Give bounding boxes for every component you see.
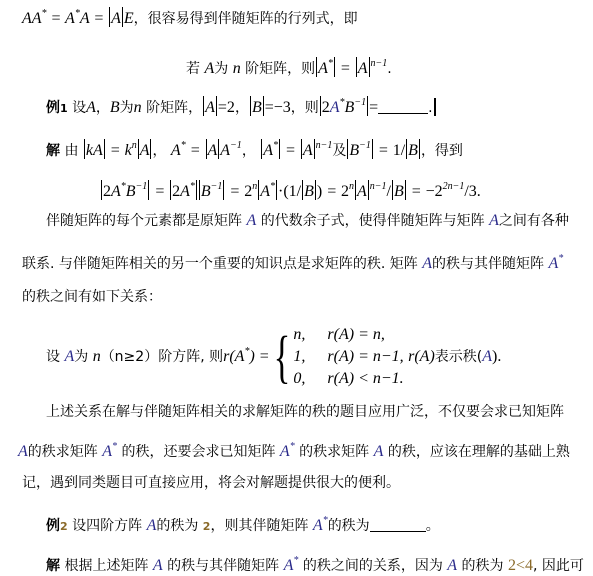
text: ， bbox=[242, 143, 256, 159]
example-number: 2 bbox=[60, 520, 68, 533]
text: 设 bbox=[72, 100, 86, 116]
var-A-star: A* bbox=[102, 443, 117, 460]
text: . bbox=[428, 100, 432, 116]
text: 阶矩阵，则 bbox=[245, 61, 315, 77]
var-n: n bbox=[134, 99, 142, 116]
case-row: 0,r(A) < n−1. bbox=[293, 368, 501, 390]
solution-label: 解 bbox=[46, 143, 60, 159]
formula-adjoint-det: A* = An−1 bbox=[260, 142, 332, 159]
var-A: A bbox=[153, 557, 163, 574]
text: 的秩之间的关系，因为 bbox=[303, 558, 443, 574]
rank-relation: 设 A为 n（n≥2）阶方阵, 则r(A*) ={ n,r(A) = n, 1,… bbox=[46, 320, 501, 383]
text: 伴随矩阵的每个元素都是原矩阵 bbox=[46, 213, 242, 229]
answer-blank[interactable] bbox=[378, 99, 428, 114]
text: ， bbox=[152, 143, 166, 159]
formula-inverse-det: B−1 = 1/B bbox=[346, 142, 421, 159]
text: 为 bbox=[120, 100, 134, 116]
example-1: 例1 设A，B为n 阶矩阵，A=2，B=−3，则2A*B−1=. bbox=[46, 93, 436, 119]
var-A-star: A* bbox=[280, 443, 295, 460]
solution-label: 解 bbox=[46, 558, 60, 574]
text: 由 bbox=[64, 143, 78, 159]
formula-det-B: B=−3 bbox=[249, 99, 291, 116]
formula-scalar-det: kA = knA bbox=[83, 142, 153, 159]
var-A: A bbox=[147, 517, 157, 534]
text: ，则其伴随矩阵 bbox=[210, 518, 308, 534]
solution-1-formula: 2A*B−1 = 2A*B−1 = 2nA*·(1/B) = 2nAn−1/B … bbox=[100, 177, 481, 202]
text: 的代数余子式，使得伴随矩阵与矩阵 bbox=[261, 213, 485, 229]
text: 的秩为 bbox=[462, 558, 504, 574]
example-2: 例2 设四阶方阵 A的秩为 2，则其伴随矩阵 A*的秩为。 bbox=[46, 511, 440, 537]
solution-2: 解 根据上述矩阵 A 的秩与其伴随矩阵 A* 的秩之间的关系，因为 A 的秩为 … bbox=[46, 551, 584, 576]
case-row: n,r(A) = n, bbox=[293, 324, 501, 346]
text: 及 bbox=[332, 143, 346, 159]
text: 为 bbox=[74, 349, 88, 365]
brace: { bbox=[273, 328, 290, 386]
formula-adjoint-product: AA* = A*A = AE bbox=[22, 10, 134, 27]
var-A: A bbox=[447, 557, 457, 574]
text: ， bbox=[96, 100, 110, 116]
var-A: A bbox=[64, 348, 74, 365]
var-B: B bbox=[110, 99, 120, 116]
var-A: A bbox=[246, 212, 256, 229]
cases: n,r(A) = n, 1,r(A) = n−1, r(A)表示秩(A). 0,… bbox=[293, 324, 501, 390]
text: 的秩与其伴随矩阵 bbox=[432, 256, 544, 272]
text: 为 bbox=[214, 61, 228, 77]
text: 的秩为 bbox=[328, 518, 370, 534]
text: ，则 bbox=[291, 100, 319, 116]
intro-line: AA* = A*A = AE，很容易得到伴随矩阵的行列式，即 bbox=[22, 4, 358, 29]
var-A: A bbox=[204, 60, 214, 77]
paragraph-1-line-3: 的秩之间有如下关系： bbox=[22, 287, 162, 307]
formula-adjoint-det: A* = An−1 bbox=[315, 60, 387, 77]
var-A: A bbox=[18, 443, 28, 460]
text: , 因此可 bbox=[533, 558, 584, 574]
text: 上述关系在解与伴随矩阵相关的求解矩阵的秩的题目应用广泛，不仅要会求已知矩阵 bbox=[46, 404, 564, 420]
formula-question: 2A*B−1= bbox=[319, 99, 378, 116]
text: 的秩，应该在理解的基础上熟 bbox=[388, 444, 570, 460]
paragraph-2-line-3: 记，遇到同类题目可直接应用，将会对解题提供很大的便利。 bbox=[22, 473, 400, 493]
var-A: A bbox=[422, 255, 432, 272]
text: 的秩为 bbox=[156, 518, 198, 534]
text: 设四阶方阵 bbox=[72, 518, 142, 534]
formula-rank-adjoint: r(A*) = bbox=[223, 348, 269, 365]
answer-blank[interactable] bbox=[370, 517, 426, 532]
formula-det-A: A=2 bbox=[202, 99, 235, 116]
text: ，得到 bbox=[421, 143, 463, 159]
text: 记，遇到同类题目可直接应用，将会对解题提供很大的便利。 bbox=[22, 475, 400, 491]
paragraph-1-line-1: 伴随矩阵的每个元素都是原矩阵 A 的代数余子式，使得伴随矩阵与矩阵 A之间有各种 bbox=[46, 211, 569, 231]
var-A: A bbox=[489, 212, 499, 229]
paragraph-1-line-2: 联系. 与伴随矩阵相关的另一个重要的知识点是求矩阵的秩. 矩阵 A的秩与其伴随矩… bbox=[22, 249, 563, 274]
var-A: A bbox=[374, 443, 384, 460]
paragraph-2-line-1: 上述关系在解与伴随矩阵相关的求解矩阵的秩的题目应用广泛，不仅要会求已知矩阵 bbox=[46, 402, 564, 422]
text: 设 bbox=[46, 349, 60, 365]
paragraph-2-line-2: A的秩求矩阵 A* 的秩，还要会求已知矩阵 A* 的秩求矩阵 A 的秩，应该在理… bbox=[18, 437, 570, 462]
text: 之间有各种 bbox=[499, 213, 569, 229]
var-n: n bbox=[93, 348, 101, 365]
comparison: 2<4 bbox=[508, 557, 533, 574]
var-A-star: A* bbox=[313, 517, 328, 534]
var-A-star: A* bbox=[284, 557, 299, 574]
text: 的秩之间有如下关系： bbox=[22, 289, 162, 305]
example-label: 例 bbox=[46, 100, 60, 116]
text: 阶矩阵， bbox=[146, 100, 202, 116]
text: （n≥2）阶方阵, 则 bbox=[101, 349, 223, 365]
text: 若 bbox=[186, 61, 200, 77]
var-A-star: A* bbox=[549, 255, 564, 272]
intro-text: ，很容易得到伴随矩阵的行列式，即 bbox=[134, 11, 358, 27]
text: . bbox=[387, 61, 391, 77]
example-number: 1 bbox=[60, 102, 68, 115]
solution-1: 解 由 kA = knA， A* = AA−1， A* = An−1及B−1 =… bbox=[46, 136, 463, 161]
formula-adjoint-def: A* = AA−1 bbox=[171, 142, 242, 159]
text: 的秩求矩阵 bbox=[28, 444, 98, 460]
text-cursor bbox=[434, 98, 436, 116]
text: ， bbox=[235, 100, 249, 116]
var-n: n bbox=[233, 60, 241, 77]
text: 联系. 与伴随矩阵相关的另一个重要的知识点是求矩阵的秩. 矩阵 bbox=[22, 256, 418, 272]
case-row: 1,r(A) = n−1, r(A)表示秩(A). bbox=[293, 346, 501, 368]
text: 。 bbox=[426, 518, 440, 534]
formula-result: 2A*B−1 = 2A*B−1 = 2nA*·(1/B) = 2nAn−1/B … bbox=[100, 183, 481, 200]
text: 的秩，还要会求已知矩阵 bbox=[121, 444, 275, 460]
text: 的秩求矩阵 bbox=[299, 444, 369, 460]
determinant-statement: 若 A为 n 阶矩阵，则A* = An−1. bbox=[186, 54, 392, 79]
text: 根据上述矩阵 bbox=[64, 558, 148, 574]
example-label: 例 bbox=[46, 518, 60, 534]
text: 的秩与其伴随矩阵 bbox=[167, 558, 279, 574]
var-A: A bbox=[86, 99, 96, 116]
